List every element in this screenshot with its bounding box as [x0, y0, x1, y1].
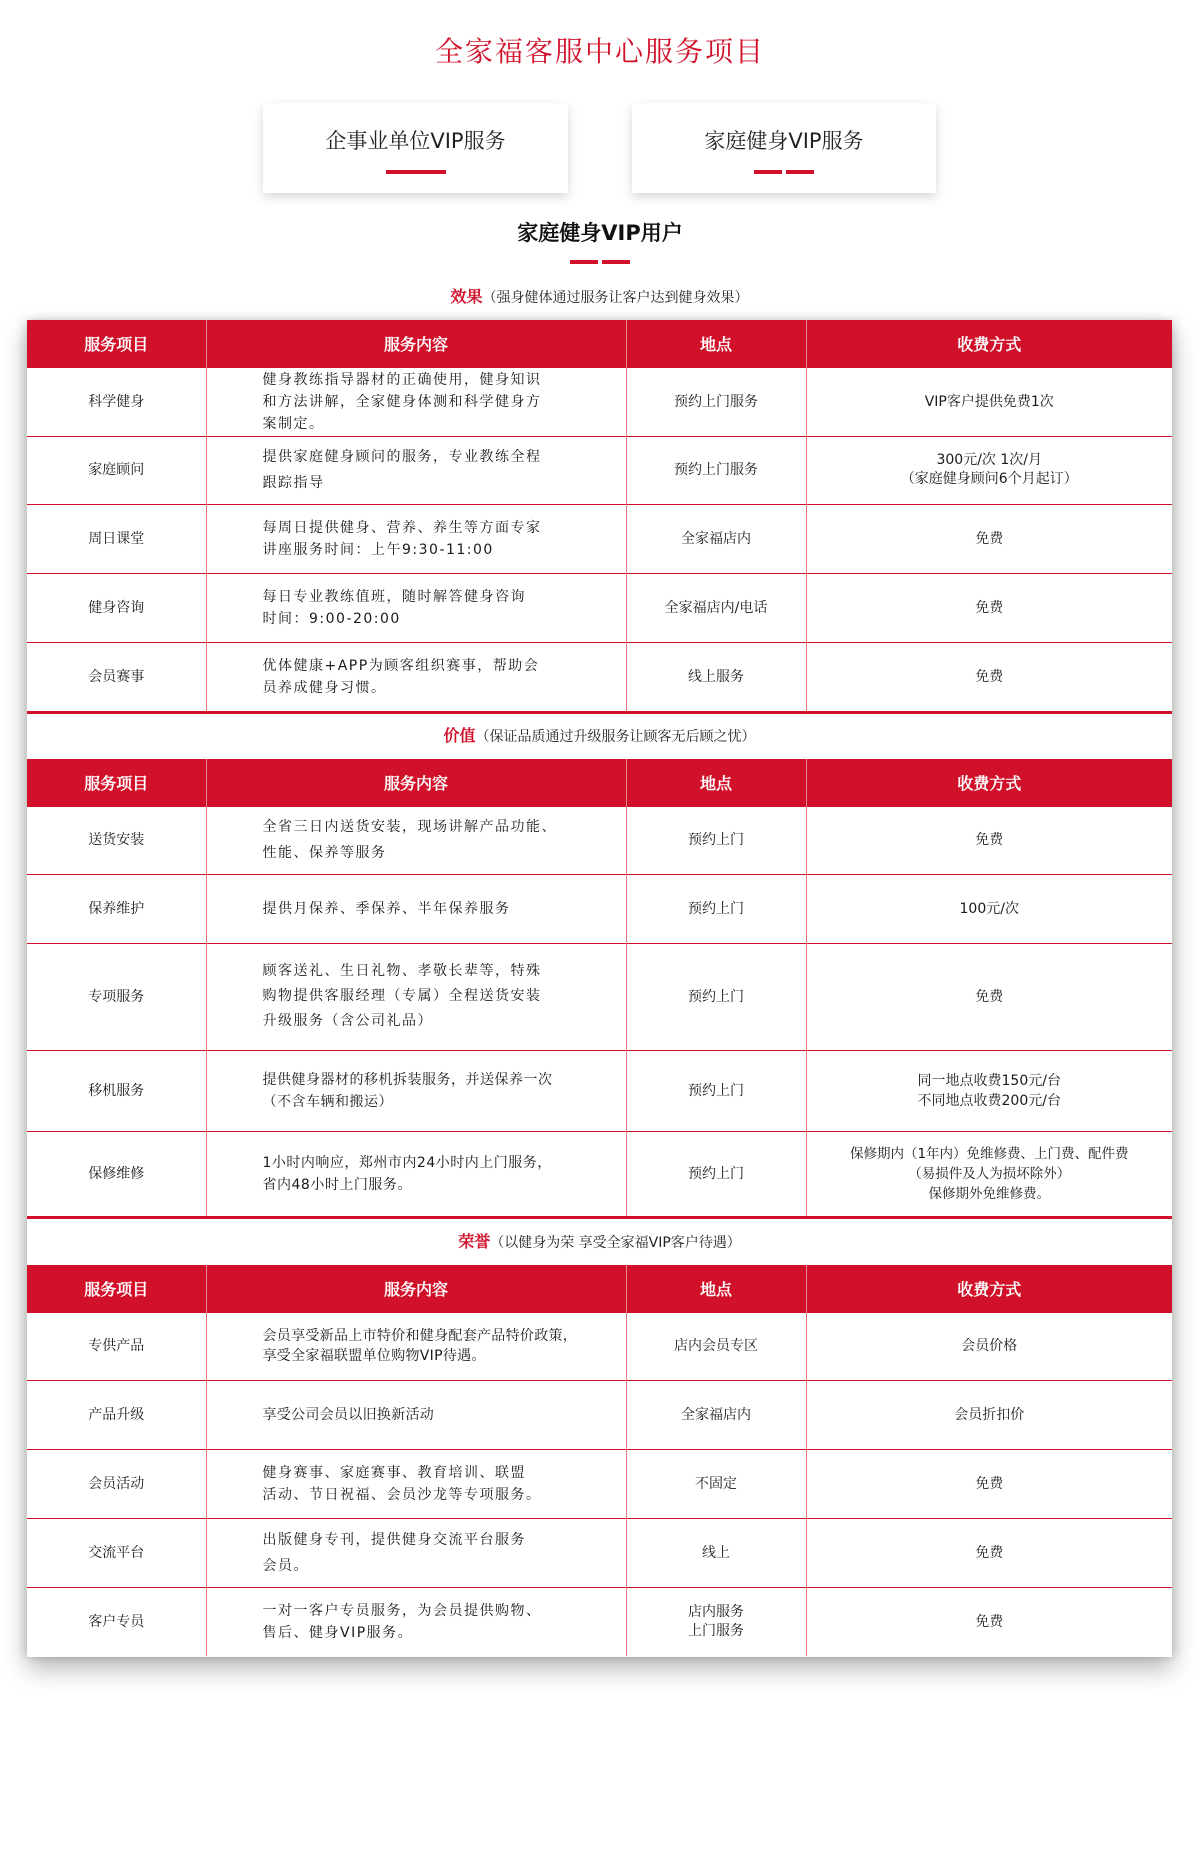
section-note: （保证品质通过升级服务让顾客无后顾之忧）	[476, 729, 756, 745]
section-note: （以健身为荣 享受全家福VIP客户待遇）	[490, 1235, 741, 1251]
header-location: 地点	[626, 320, 806, 367]
cell-item: 产品升级	[27, 1380, 206, 1449]
table-row: 产品升级 享受公司会员以旧换新活动 全家福店内 会员折扣价	[27, 1380, 1172, 1449]
cell-item: 周日课堂	[27, 504, 206, 573]
tab-underline-right	[786, 170, 814, 174]
cell-fee: 保修期内（1年内）免维修费、上门费、配件费 （易损件及人为损坏除外） 保修期外免…	[806, 1131, 1172, 1217]
cell-content: 全省三日内送货安装，现场讲解产品功能、 性能、保养等服务	[206, 806, 626, 874]
subtitle-underline-right	[602, 260, 630, 264]
cell-fee: 免费	[806, 642, 1172, 712]
table-header-row: 服务项目 服务内容 地点 收费方式	[27, 320, 1172, 367]
cell-item: 会员赛事	[27, 642, 206, 712]
header-fee: 收费方式	[806, 1265, 1172, 1312]
tab-enterprise-vip[interactable]: 企事业单位VIP服务	[263, 103, 568, 193]
header-location: 地点	[626, 759, 806, 806]
cell-item: 保修维修	[27, 1131, 206, 1217]
cell-fee: 免费	[806, 1449, 1172, 1518]
tab-underline-left	[754, 170, 782, 174]
table-row: 客户专员 一对一客户专员服务，为会员提供购物、 售后、健身VIP服务。 店内服务…	[27, 1587, 1172, 1656]
table-row: 健身咨询 每日专业教练值班，随时解答健身咨询 时间：9:00-20:00 全家福…	[27, 573, 1172, 642]
cell-fee: 免费	[806, 1587, 1172, 1656]
cell-location: 预约上门	[626, 1131, 806, 1217]
cell-content: 会员享受新品上市特价和健身配套产品特价政策， 享受全家福联盟单位购物VIP待遇。	[206, 1312, 626, 1380]
cell-item: 送货安装	[27, 806, 206, 874]
header-fee: 收费方式	[806, 759, 1172, 806]
section-accent: 效果	[450, 287, 482, 306]
cell-content: 顾客送礼、生日礼物、孝敬长辈等，特殊 购物提供客服经理（专属）全程送货安装 升级…	[206, 943, 626, 1050]
table-row: 家庭顾问 提供家庭健身顾问的服务，专业教练全程 跟踪指导 预约上门服务 300元…	[27, 436, 1172, 504]
cell-content: 提供家庭健身顾问的服务，专业教练全程 跟踪指导	[206, 436, 626, 504]
cell-content: 提供月保养、季保养、半年保养服务	[206, 874, 626, 943]
cell-fee: 免费	[806, 573, 1172, 642]
cell-location: 店内会员专区	[626, 1312, 806, 1380]
effect-table: 服务项目 服务内容 地点 收费方式 科学健身 健身教练指导器材的正确使用，健身知…	[27, 320, 1172, 714]
tab-label: 家庭健身VIP服务	[632, 126, 936, 156]
cell-fee: 免费	[806, 1518, 1172, 1587]
header-item: 服务项目	[27, 759, 206, 806]
cell-content: 出版健身专刊，提供健身交流平台服务 会员。	[206, 1518, 626, 1587]
cell-content: 健身教练指导器材的正确使用，健身知识 和方法讲解，全家健身体测和科学健身方 案制…	[206, 367, 626, 436]
table-row: 保养维护 提供月保养、季保养、半年保养服务 预约上门 100元/次	[27, 874, 1172, 943]
page-title: 全家福客服中心服务项目	[0, 34, 1200, 70]
cell-location: 预约上门	[626, 874, 806, 943]
cell-fee: 同一地点收费150元/台 不同地点收费200元/台	[806, 1050, 1172, 1131]
cell-location: 预约上门	[626, 806, 806, 874]
cell-location: 全家福店内	[626, 1380, 806, 1449]
header-fee: 收费方式	[806, 320, 1172, 367]
table-row: 专项服务 顾客送礼、生日礼物、孝敬长辈等，特殊 购物提供客服经理（专属）全程送货…	[27, 943, 1172, 1050]
cell-fee: 会员折扣价	[806, 1380, 1172, 1449]
cell-item: 家庭顾问	[27, 436, 206, 504]
cell-fee: 免费	[806, 806, 1172, 874]
header-content: 服务内容	[206, 1265, 626, 1312]
cell-item: 客户专员	[27, 1587, 206, 1656]
section-accent: 价值	[443, 726, 475, 745]
cell-content: 每日专业教练值班，随时解答健身咨询 时间：9:00-20:00	[206, 573, 626, 642]
cell-location: 预约上门	[626, 1050, 806, 1131]
tab-underline	[386, 170, 446, 174]
cell-item: 交流平台	[27, 1518, 206, 1587]
header-item: 服务项目	[27, 1265, 206, 1312]
cell-item: 保养维护	[27, 874, 206, 943]
table-row: 送货安装 全省三日内送货安装，现场讲解产品功能、 性能、保养等服务 预约上门 免…	[27, 806, 1172, 874]
cell-item: 专供产品	[27, 1312, 206, 1380]
table-row: 会员赛事 优体健康+APP为顾客组织赛事，帮助会 员养成健身习惯。 线上服务 免…	[27, 642, 1172, 712]
cell-location: 预约上门	[626, 943, 806, 1050]
cell-fee: 免费	[806, 943, 1172, 1050]
table-header-row: 服务项目 服务内容 地点 收费方式	[27, 1265, 1172, 1312]
cell-content: 优体健康+APP为顾客组织赛事，帮助会 员养成健身习惯。	[206, 642, 626, 712]
cell-content: 享受公司会员以旧换新活动	[206, 1380, 626, 1449]
table-header-row: 服务项目 服务内容 地点 收费方式	[27, 759, 1172, 806]
header-item: 服务项目	[27, 320, 206, 367]
cell-fee: 会员价格	[806, 1312, 1172, 1380]
cell-fee: 100元/次	[806, 874, 1172, 943]
section-label-honor: 荣誉（以健身为荣 享受全家福VIP客户待遇）	[27, 1232, 1172, 1253]
subtitle-underline-left	[570, 260, 598, 264]
cell-location: 全家福店内/电话	[626, 573, 806, 642]
cell-item: 会员活动	[27, 1449, 206, 1518]
cell-content: 一对一客户专员服务，为会员提供购物、 售后、健身VIP服务。	[206, 1587, 626, 1656]
section-title: 家庭健身VIP用户	[0, 218, 1200, 248]
cell-item: 移机服务	[27, 1050, 206, 1131]
cell-item: 科学健身	[27, 367, 206, 436]
cell-location: 不固定	[626, 1449, 806, 1518]
header-content: 服务内容	[206, 759, 626, 806]
cell-item: 健身咨询	[27, 573, 206, 642]
tab-label: 企事业单位VIP服务	[263, 126, 568, 156]
cell-item: 专项服务	[27, 943, 206, 1050]
table-row: 科学健身 健身教练指导器材的正确使用，健身知识 和方法讲解，全家健身体测和科学健…	[27, 367, 1172, 436]
cell-location: 全家福店内	[626, 504, 806, 573]
cell-content: 提供健身器材的移机拆装服务，并送保养一次 （不含车辆和搬运）	[206, 1050, 626, 1131]
cell-content: 1小时内响应，郑州市内24小时内上门服务， 省内48小时上门服务。	[206, 1131, 626, 1217]
cell-fee: VIP客户提供免费1次	[806, 367, 1172, 436]
cell-location: 线上服务	[626, 642, 806, 712]
cell-location: 线上	[626, 1518, 806, 1587]
section-note: （强身健体通过服务让客户达到健身效果）	[483, 290, 749, 306]
honor-table: 服务项目 服务内容 地点 收费方式 专供产品 会员享受新品上市特价和健身配套产品…	[27, 1265, 1172, 1656]
section-label-value: 价值（保证品质通过升级服务让顾客无后顾之忧）	[27, 726, 1172, 747]
header-content: 服务内容	[206, 320, 626, 367]
cell-location: 预约上门服务	[626, 436, 806, 504]
cell-fee: 300元/次 1次/月 （家庭健身顾问6个月起订）	[806, 436, 1172, 504]
table-row: 专供产品 会员享受新品上市特价和健身配套产品特价政策， 享受全家福联盟单位购物V…	[27, 1312, 1172, 1380]
cell-content: 每周日提供健身、营养、养生等方面专家 讲座服务时间：上午9:30-11:00	[206, 504, 626, 573]
section-label-effect: 效果（强身健体通过服务让客户达到健身效果）	[27, 287, 1172, 308]
value-table: 服务项目 服务内容 地点 收费方式 送货安装 全省三日内送货安装，现场讲解产品功…	[27, 759, 1172, 1219]
table-row: 移机服务 提供健身器材的移机拆装服务，并送保养一次 （不含车辆和搬运） 预约上门…	[27, 1050, 1172, 1131]
header-location: 地点	[626, 1265, 806, 1312]
tab-family-fitness-vip[interactable]: 家庭健身VIP服务	[632, 103, 936, 193]
cell-fee: 免费	[806, 504, 1172, 573]
cell-location: 店内服务 上门服务	[626, 1587, 806, 1656]
table-row: 保修维修 1小时内响应，郑州市内24小时内上门服务， 省内48小时上门服务。 预…	[27, 1131, 1172, 1217]
table-row: 交流平台 出版健身专刊，提供健身交流平台服务 会员。 线上 免费	[27, 1518, 1172, 1587]
table-row: 周日课堂 每周日提供健身、营养、养生等方面专家 讲座服务时间：上午9:30-11…	[27, 504, 1172, 573]
cell-content: 健身赛事、家庭赛事、教育培训、联盟 活动、节日祝福、会员沙龙等专项服务。	[206, 1449, 626, 1518]
section-accent: 荣誉	[458, 1232, 490, 1251]
cell-location: 预约上门服务	[626, 367, 806, 436]
table-row: 会员活动 健身赛事、家庭赛事、教育培训、联盟 活动、节日祝福、会员沙龙等专项服务…	[27, 1449, 1172, 1518]
